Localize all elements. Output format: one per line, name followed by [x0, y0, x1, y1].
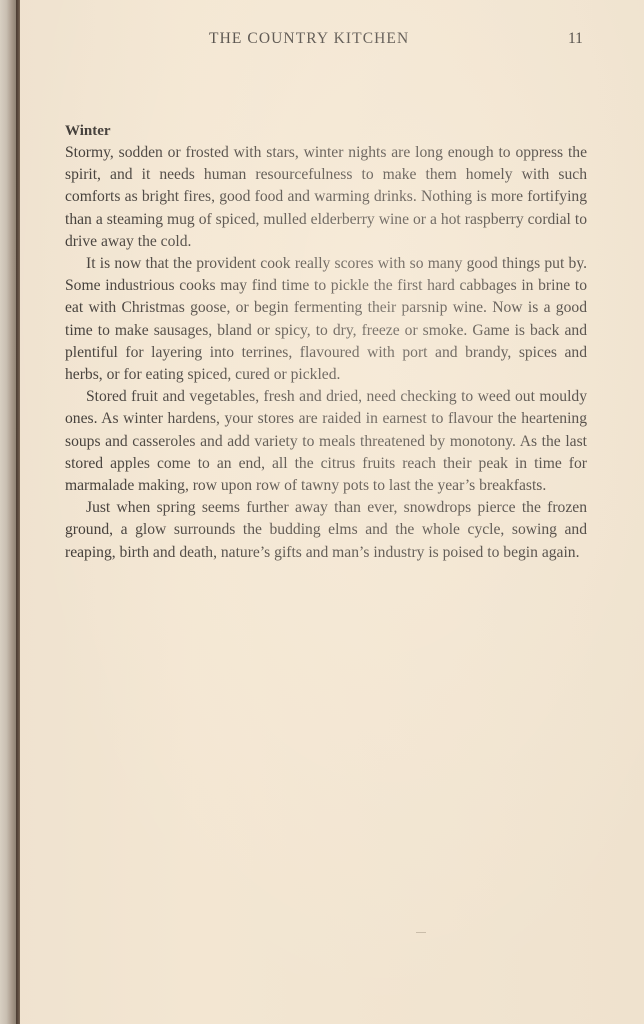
section-heading: Winter	[65, 120, 587, 142]
paragraph-3: Stored fruit and vegetables, fresh and d…	[65, 386, 587, 497]
paragraph-2: It is now that the provident cook really…	[65, 253, 587, 386]
section-body: Winter Stormy, sodden or frosted with st…	[65, 120, 587, 564]
running-title: THE COUNTRY KITCHEN	[209, 30, 409, 48]
book-page: THE COUNTRY KITCHEN 11 Winter Stormy, so…	[0, 0, 644, 1024]
paragraph-4: Just when spring seems further away than…	[65, 497, 587, 564]
paragraph-1: Stormy, sodden or frosted with stars, wi…	[65, 142, 587, 253]
paper-blemish	[416, 932, 426, 933]
page-edge-shadow	[0, 0, 16, 1024]
page-spine-edge	[16, 0, 20, 1024]
running-header: THE COUNTRY KITCHEN 11	[0, 30, 644, 52]
page-number: 11	[568, 30, 583, 48]
